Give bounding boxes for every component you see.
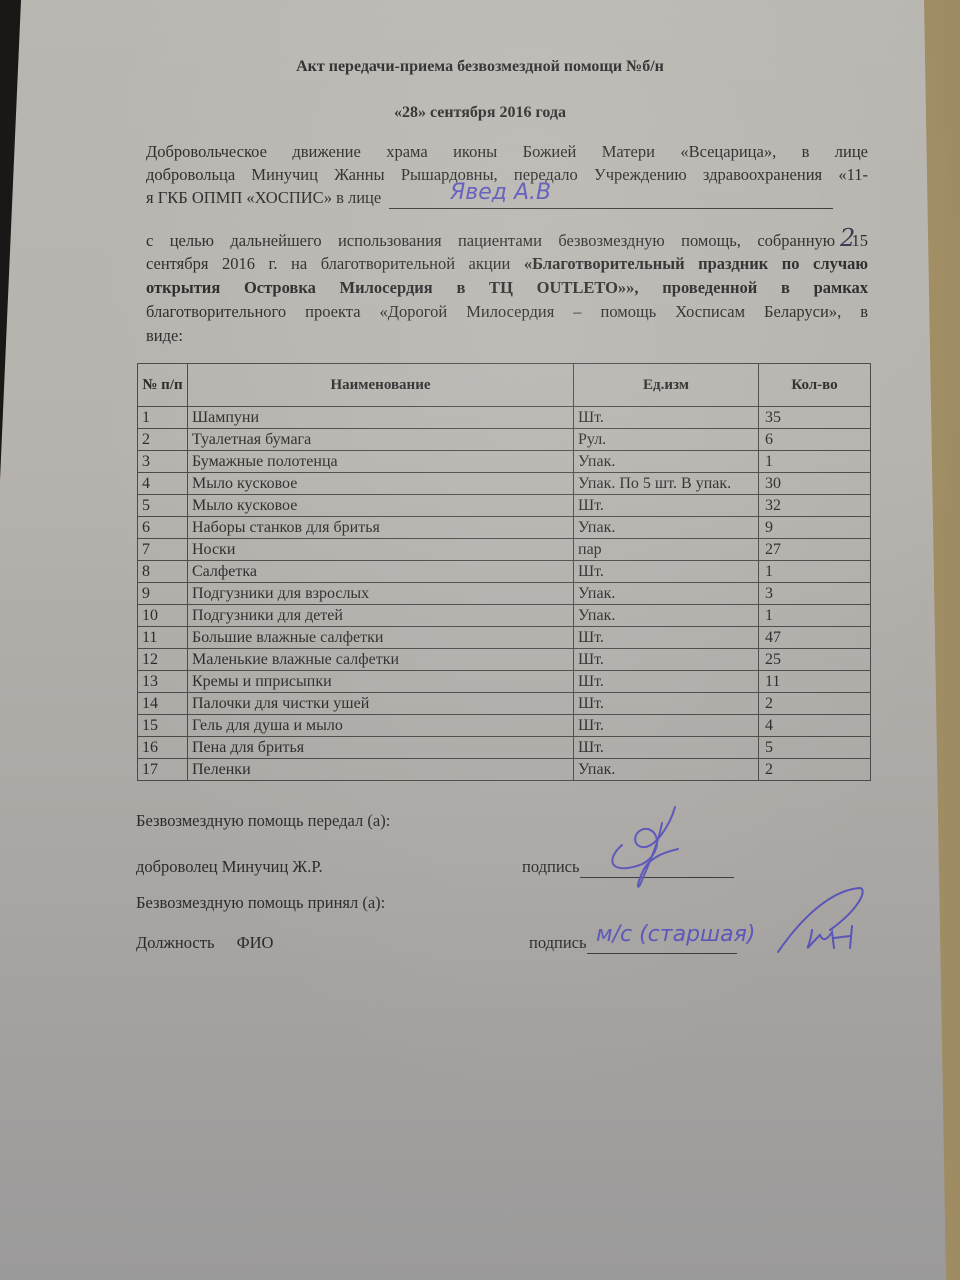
item-name: Гель для душа и мыло xyxy=(188,715,574,737)
item-quantity: 30 xyxy=(759,473,871,495)
document-title: Акт передачи-приема безвозмездной помощи… xyxy=(0,58,960,76)
giver-signature-line: подпись xyxy=(522,856,734,878)
giver-signature-field xyxy=(580,859,734,878)
items-table: № п/п Наименование Ед.изм Кол-во 1Шампун… xyxy=(137,363,871,781)
row-number: 7 xyxy=(138,539,188,561)
row-number: 15 xyxy=(138,715,188,737)
table-row: 15Гель для душа и мылоШт.4 xyxy=(138,715,871,737)
item-quantity: 4 xyxy=(759,715,871,737)
receiver-signature-label: подпись xyxy=(529,933,587,952)
item-unit: Шт. xyxy=(574,671,759,693)
item-unit: Шт. xyxy=(574,737,759,759)
table-header-row: № п/п Наименование Ед.изм Кол-во xyxy=(138,364,871,407)
item-unit: пар xyxy=(574,539,759,561)
row-number: 6 xyxy=(138,517,188,539)
header-number: № п/п xyxy=(138,364,188,407)
table-row: 9Подгузники для взрослыхУпак.3 xyxy=(138,583,871,605)
item-name: Наборы станков для бритья xyxy=(188,517,574,539)
item-quantity: 32 xyxy=(759,495,871,517)
row-number: 10 xyxy=(138,605,188,627)
table-row: 4Мыло кусковоеУпак. По 5 шт. В упак.30 xyxy=(138,473,871,495)
item-unit: Упак. xyxy=(574,605,759,627)
item-name: Пена для бритья xyxy=(188,737,574,759)
receiver-signature-field xyxy=(587,935,737,954)
item-unit: Шт. xyxy=(574,649,759,671)
item-quantity: 2 xyxy=(759,759,871,781)
receiver-signature-line: подпись xyxy=(529,932,737,954)
item-quantity: 47 xyxy=(759,627,871,649)
item-quantity: 25 xyxy=(759,649,871,671)
table-row: 8СалфеткаШт.1 xyxy=(138,561,871,583)
purpose-line-5: виде: xyxy=(146,325,868,347)
item-unit: Рул. xyxy=(574,429,759,451)
giver-signature-label: подпись xyxy=(522,857,580,876)
intro-line-1: Добровольческое движение храма иконы Бож… xyxy=(146,141,868,163)
table-row: 6Наборы станков для бритьяУпак.9 xyxy=(138,517,871,539)
purpose-line-2-plain: сентября 2016 г. на благотворительной ак… xyxy=(146,254,524,273)
table-row: 7Носкипар27 xyxy=(138,539,871,561)
item-name: Салфетка xyxy=(188,561,574,583)
item-quantity: 27 xyxy=(759,539,871,561)
row-number: 2 xyxy=(138,429,188,451)
item-name: Маленькие влажные салфетки xyxy=(188,649,574,671)
table-row: 14Палочки для чистки ушейШт.2 xyxy=(138,693,871,715)
event-name-part-2: открытия Островка Милосердия в ТЦ OUTLET… xyxy=(146,278,634,297)
item-name: Туалетная бумага xyxy=(188,429,574,451)
volunteer-name: доброволец Минучиц Ж.Р. xyxy=(136,856,323,878)
row-number: 3 xyxy=(138,451,188,473)
item-quantity: 3 xyxy=(759,583,871,605)
item-unit: Шт. xyxy=(574,693,759,715)
header-name: Наименование xyxy=(188,364,574,407)
table-row: 17ПеленкиУпак.2 xyxy=(138,759,871,781)
item-quantity: 1 xyxy=(759,561,871,583)
item-unit: Упак. xyxy=(574,451,759,473)
item-name: Большие влажные салфетки xyxy=(188,627,574,649)
item-unit: Упак. xyxy=(574,759,759,781)
purpose-line-3-plain: , проведенной в рамках xyxy=(634,278,868,297)
row-number: 17 xyxy=(138,759,188,781)
item-unit: Шт. xyxy=(574,407,759,429)
item-quantity: 11 xyxy=(759,671,871,693)
item-unit: Упак. По 5 шт. В упак. xyxy=(574,473,759,495)
item-name: Мыло кусковое xyxy=(188,495,574,517)
item-quantity: 1 xyxy=(759,605,871,627)
item-unit: Упак. xyxy=(574,583,759,605)
table-row: 1ШампуниШт.35 xyxy=(138,407,871,429)
item-unit: Шт. xyxy=(574,715,759,737)
document-date: «28» сентября 2016 года xyxy=(0,104,960,122)
fio-label: ФИО xyxy=(237,933,274,952)
row-number: 12 xyxy=(138,649,188,671)
table-row: 11Большие влажные салфеткиШт.47 xyxy=(138,627,871,649)
item-quantity: 6 xyxy=(759,429,871,451)
item-quantity: 2 xyxy=(759,693,871,715)
item-name: Пеленки xyxy=(188,759,574,781)
row-number: 4 xyxy=(138,473,188,495)
item-unit: Упак. xyxy=(574,517,759,539)
table-row: 13Кремы и пприсыпкиШт.11 xyxy=(138,671,871,693)
row-number: 11 xyxy=(138,627,188,649)
position-fio-line: Должность ФИО xyxy=(136,932,273,954)
item-name: Подгузники для детей xyxy=(188,605,574,627)
row-number: 9 xyxy=(138,583,188,605)
item-quantity: 35 xyxy=(759,407,871,429)
transferred-by-label: Безвозмездную помощь передал (а): xyxy=(136,810,390,832)
item-quantity: 5 xyxy=(759,737,871,759)
header-unit: Ед.изм xyxy=(574,364,759,407)
item-unit: Шт. xyxy=(574,561,759,583)
row-number: 8 xyxy=(138,561,188,583)
row-number: 5 xyxy=(138,495,188,517)
intro-line-3: я ГКБ ОПМП «ХОСПИС» в лице xyxy=(146,187,833,209)
purpose-line-1: с целью дальнейшего использования пациен… xyxy=(146,230,868,252)
item-name: Носки xyxy=(188,539,574,561)
item-quantity: 9 xyxy=(759,517,871,539)
table-row: 10Подгузники для детейУпак.1 xyxy=(138,605,871,627)
item-name: Палочки для чистки ушей xyxy=(188,693,574,715)
purpose-line-3: открытия Островка Милосердия в ТЦ OUTLET… xyxy=(146,277,868,299)
row-number: 14 xyxy=(138,693,188,715)
item-name: Бумажные полотенца xyxy=(188,451,574,473)
intro-line-2: добровольца Минучиц Жанны Рышардовны, пе… xyxy=(146,164,868,186)
row-number: 13 xyxy=(138,671,188,693)
item-name: Кремы и пприсыпки xyxy=(188,671,574,693)
table-row: 12Маленькие влажные салфеткиШт.25 xyxy=(138,649,871,671)
event-name-part-1: «Благотворительный праздник по случаю xyxy=(524,254,868,273)
item-name: Шампуни xyxy=(188,407,574,429)
item-unit: Шт. xyxy=(574,495,759,517)
item-name: Мыло кусковое xyxy=(188,473,574,495)
intro-line-3-text: я ГКБ ОПМП «ХОСПИС» в лице xyxy=(146,188,381,207)
item-unit: Шт. xyxy=(574,627,759,649)
received-by-label: Безвозмездную помощь принял (а): xyxy=(136,892,385,914)
table-row: 3Бумажные полотенцаУпак.1 xyxy=(138,451,871,473)
table-row: 16Пена для бритьяШт.5 xyxy=(138,737,871,759)
purpose-line-2: сентября 2016 г. на благотворительной ак… xyxy=(146,253,868,275)
table-row: 5Мыло кусковоеШт.32 xyxy=(138,495,871,517)
recipient-name-field xyxy=(389,190,833,209)
row-number: 1 xyxy=(138,407,188,429)
row-number: 16 xyxy=(138,737,188,759)
table-row: 2Туалетная бумагаРул.6 xyxy=(138,429,871,451)
header-quantity: Кол-во xyxy=(759,364,871,407)
item-name: Подгузники для взрослых xyxy=(188,583,574,605)
position-label: Должность xyxy=(136,933,214,952)
purpose-line-4: благотворительного проекта «Дорогой Мило… xyxy=(146,301,868,323)
item-quantity: 1 xyxy=(759,451,871,473)
